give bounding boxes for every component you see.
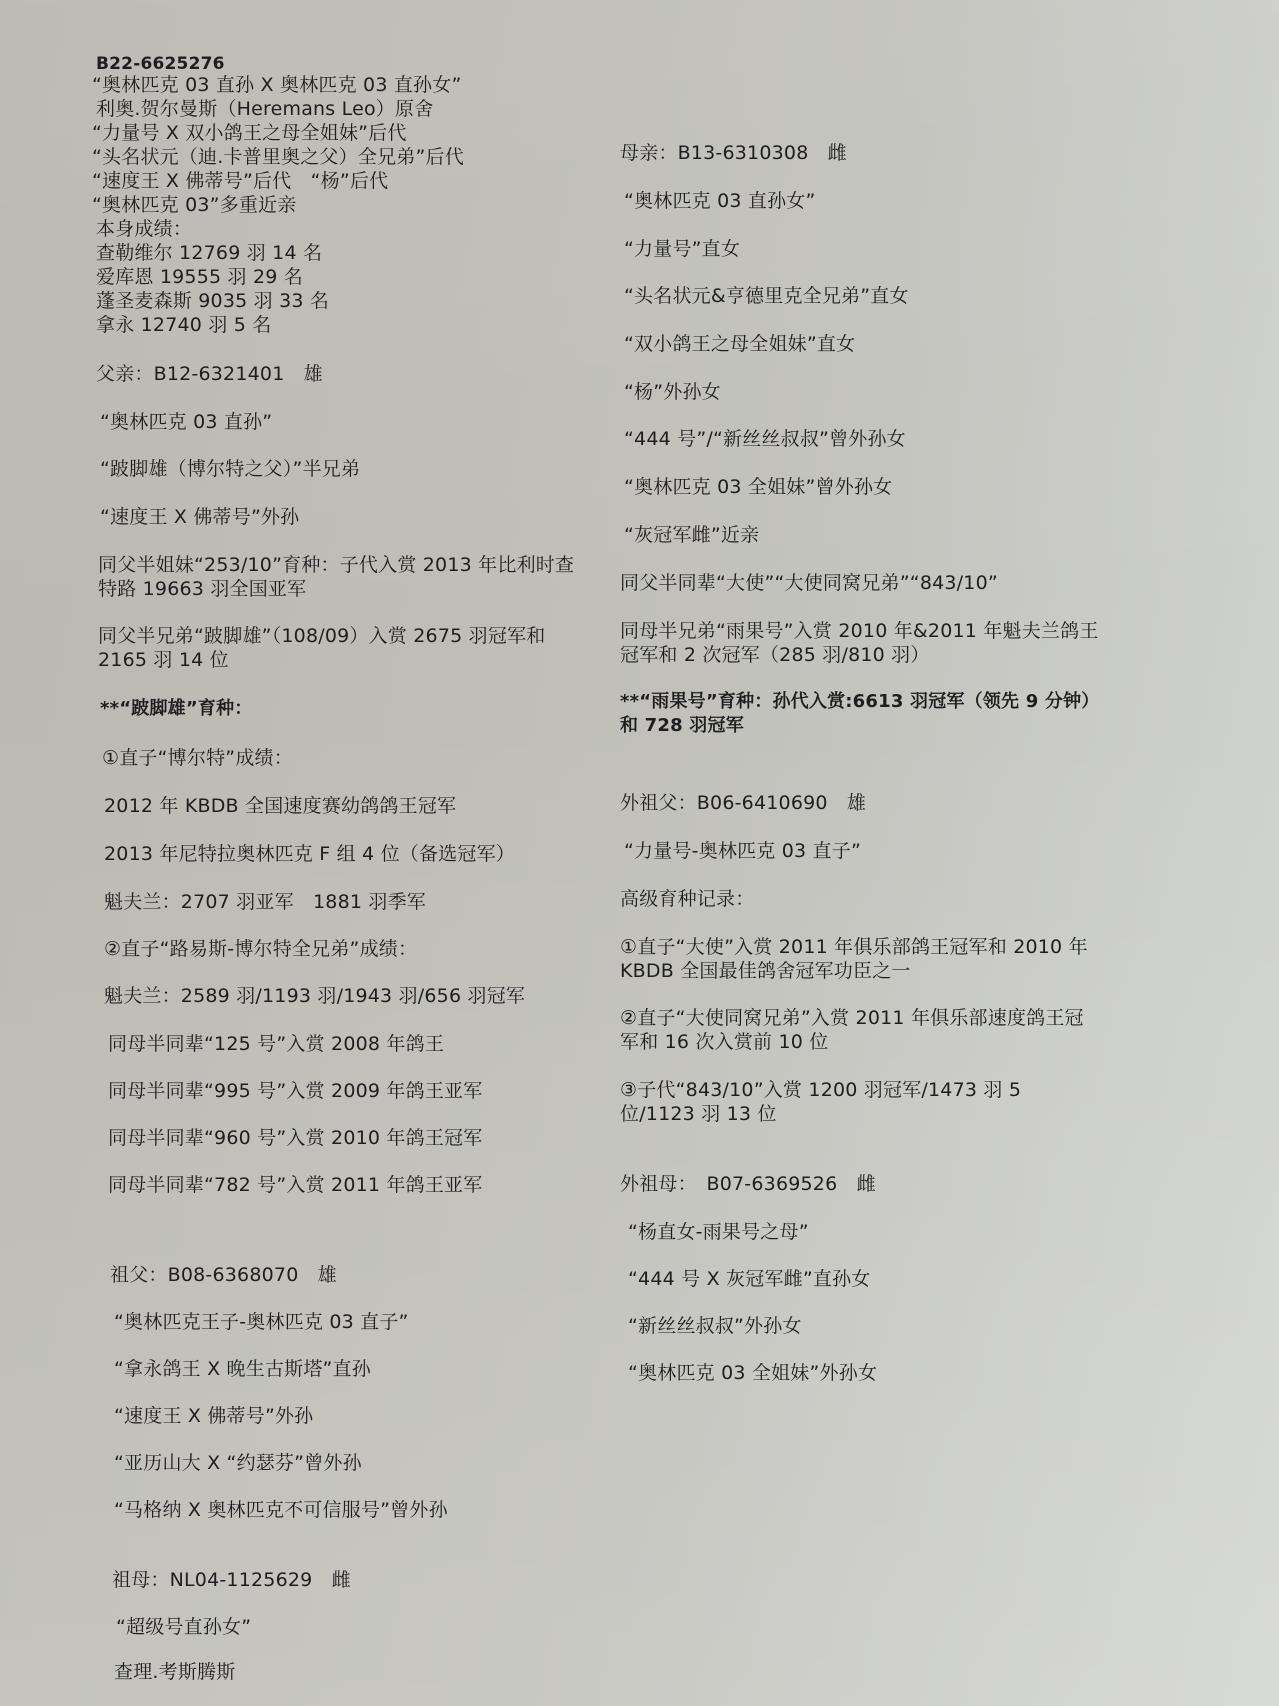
maternal-grandmother-line: “杨直女-雨果号之母” [628,1220,809,1244]
maternal-grandfather-breeding-heading: 高级育种记录： [620,887,754,911]
father-paragraph: 同母半同辈“125 号”入赏 2008 年鸽王 [108,1032,444,1056]
paternal-grandfather-line: “马格纳 X 奥林匹克不可信服号”曾外孙 [114,1498,448,1522]
father-paragraph: 同父半兄弟“跛脚雄”（108/09）入赏 2675 羽冠军和 2165 羽 14… [98,624,578,672]
father-breeding-heading: **“跛脚雄”育种： [100,697,253,721]
mother-breeding-paragraph: **“雨果号”育种：孙代入赏:6613 羽冠军（领先 9 分钟）和 728 羽冠… [620,690,1100,738]
subject-line: “力量号 X 双小鸽王之母全姐妹”后代 [92,121,407,145]
father-paragraph: 2012 年 KBDB 全国速度赛幼鸽鸽王冠军 [104,794,456,818]
paternal-grandmother-header: 祖母：NL04-1125629 雌 [112,1568,351,1592]
mother-line: “奥林匹克 03 全姐妹”曾外孙女 [624,475,892,499]
father-line: “奥林匹克 03 直孙” [100,410,272,434]
maternal-grandfather-header: 外祖父：B06-6410690 雄 [620,791,866,815]
father-paragraph: 同父半姐妹“253/10”育种：子代入赏 2013 年比利时查特路 19663 … [98,553,578,601]
maternal-grandfather-line: “力量号-奥林匹克 03 直子” [624,839,861,863]
paternal-grandmother-breeder: 查理.考斯腾斯 [114,1660,235,1684]
father-header: 父亲：B12-6321401 雄 [96,362,323,386]
father-paragraph: ①直子“博尔特”成绩： [102,746,293,770]
father-line: “速度王 X 佛蒂号”外孙 [100,505,299,529]
maternal-grandmother-header: 外祖母： B07-6369526 雌 [620,1172,876,1196]
mother-line: “444 号”/“新丝丝叔叔”曾外孙女 [624,427,906,451]
paternal-grandmother-line: “超级号直孙女” [116,1615,251,1639]
maternal-grandfather-paragraph: ①直子“大使”入赏 2011 年俱乐部鸽王冠军和 2010 年 KBDB 全国最… [620,935,1100,983]
father-paragraph: 同母半同辈“995 号”入赏 2009 年鸽王亚军 [108,1079,482,1103]
paternal-grandfather-line: “速度王 X 佛蒂号”外孙 [114,1404,313,1428]
paternal-grandfather-line: “亚历山大 X “约瑟芬”曾外孙 [114,1451,362,1475]
maternal-grandmother-line: “奥林匹克 03 全姐妹”外孙女 [628,1361,877,1385]
mother-line: “奥林匹克 03 直孙女” [624,189,816,213]
maternal-grandfather-paragraph: ③子代“843/10”入赏 1200 羽冠军/1473 羽 5 位/1123 羽… [620,1078,1100,1126]
mother-line: “杨”外孙女 [624,380,721,404]
mother-line: “灰冠军雌”近亲 [624,523,759,547]
subject-line: “速度王 X 佛蒂号”后代 “杨”后代 [92,169,388,193]
subject-line: 利奥.贺尔曼斯（Heremans Leo）原舍 [96,97,433,121]
mother-line: “双小鸽王之母全姐妹”直女 [624,332,855,356]
subject-result: 拿永 12740 羽 5 名 [96,313,272,337]
subject-line: “头名状元（迪.卡普里奥之父）全兄弟”后代 [92,145,464,169]
paternal-grandfather-line: “奥林匹克王子-奥林匹克 03 直子” [114,1310,409,1334]
father-paragraph: 魁夫兰：2707 羽亚军 1881 羽季军 [104,890,426,914]
maternal-grandmother-line: “444 号 X 灰冠军雌”直孙女 [628,1267,871,1291]
maternal-grandfather-paragraph: ②直子“大使同窝兄弟”入赏 2011 年俱乐部速度鸽王冠军和 16 次入赏前 1… [620,1006,1100,1054]
maternal-grandmother-line: “新丝丝叔叔”外孙女 [628,1314,802,1338]
father-paragraph: 同母半同辈“782 号”入赏 2011 年鸽王亚军 [108,1173,482,1197]
subject-result: 查勒维尔 12769 羽 14 名 [96,241,322,265]
father-paragraph: 魁夫兰：2589 羽/1193 羽/1943 羽/656 羽冠军 [104,984,525,1008]
father-paragraph: ②直子“路易斯-博尔特全兄弟”成绩： [104,937,417,961]
subject-results-heading: 本身成绩： [96,217,192,241]
subject-line: “奥林匹克 03”多重近亲 [92,193,297,217]
subject-line: “奥林匹克 03 直孙 X 奥林匹克 03 直孙女” [92,73,462,97]
mother-line: “头名状元&亨德里克全兄弟”直女 [624,284,909,308]
mother-paragraph: 同母半兄弟“雨果号”入赏 2010 年&2011 年魁夫兰鸽王冠军和 2 次冠军… [620,619,1100,667]
mother-line: “力量号”直女 [624,237,740,261]
subject-result: 爱库恩 19555 羽 29 名 [96,265,303,289]
paternal-grandfather-header: 祖父：B08-6368070 雄 [110,1263,337,1287]
paternal-grandfather-line: “拿永鸽王 X 晚生古斯塔”直孙 [114,1357,371,1381]
mother-paragraph: 同父半同辈“大使”“大使同窝兄弟”“843/10” [620,571,998,595]
mother-header: 母亲：B13-6310308 雌 [620,141,847,165]
father-paragraph: 同母半同辈“960 号”入赏 2010 年鸽王冠军 [108,1126,482,1150]
subject-result: 蓬圣麦森斯 9035 羽 33 名 [96,289,329,313]
father-line: “跛脚雄（博尔特之父）”半兄弟 [100,457,360,481]
father-paragraph: 2013 年尼特拉奥林匹克 F 组 4 位（备选冠军） [104,842,515,866]
